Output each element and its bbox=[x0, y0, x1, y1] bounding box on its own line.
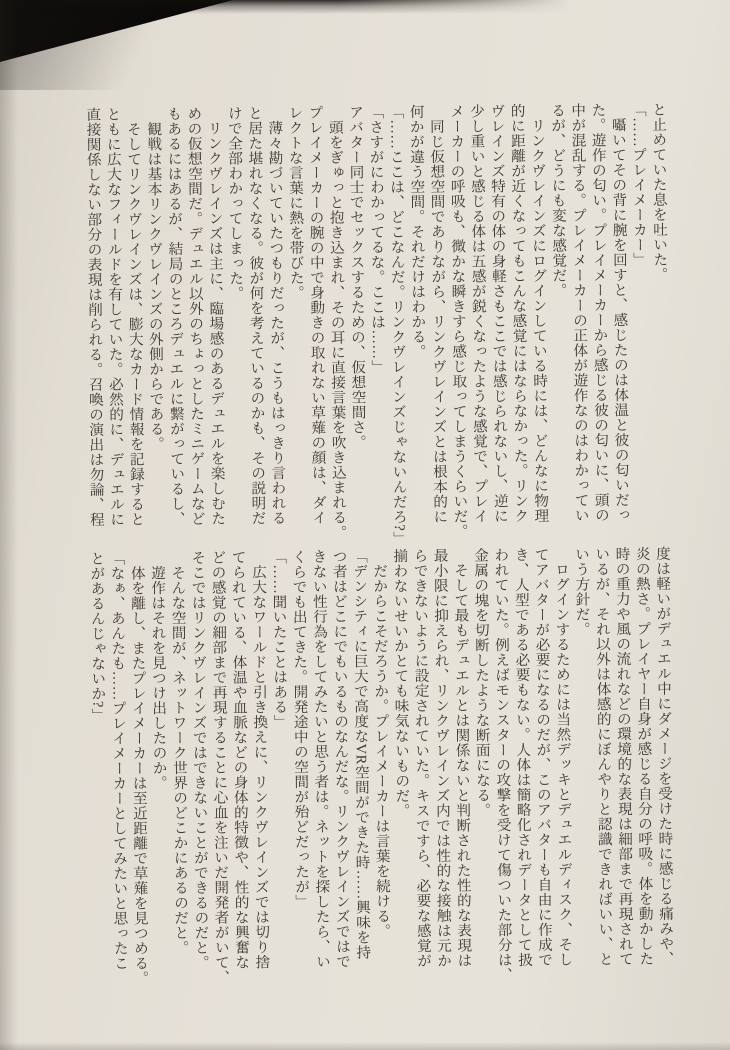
text-line: 観戦は基本リンクヴレインズの外側からである。 bbox=[143, 106, 167, 538]
text-line: プレイメーカーの腕の中で身動きの取れない草薙の顔は、ダイ bbox=[304, 105, 328, 537]
text-line: めの仮想空間だ。デュエル以外のちょっとしたミニゲームなど bbox=[183, 106, 207, 538]
text-line: 時の重力や風の流れなどの環境的な表現は細部まで再現されて bbox=[611, 546, 635, 978]
text-line: てられている、体温や血脈などの身体的特徴や、性的な興奮な bbox=[227, 550, 251, 982]
text-line: いるが、それ以外は体感的にぼんやりと認識できればいい、と bbox=[591, 546, 615, 978]
text-line: 金属の塊を切断したような断面になる。 bbox=[470, 548, 494, 980]
text-line: そんな空間が、ネットワーク世界のどこかにあるのだと。 bbox=[167, 550, 191, 982]
text-line: きない性行為をしてみたいと思う者は。ネットを探したら、い bbox=[308, 549, 332, 981]
text-line: 「……聞いたことはある」 bbox=[268, 549, 292, 981]
text-line: 広大なワールドと引き換えに、リンクヴレインズでは切り捨 bbox=[248, 549, 272, 981]
text-line: いう方針だ。 bbox=[571, 547, 595, 979]
text-block-bottom: 度は軽いがデュエル中にダメージを受けた時に感じる痛みや、炎の熱さ。プレイヤー自身… bbox=[86, 546, 676, 983]
text-line: 「なぁ、あんたも……プレイメーカーとしてみたいと思ったこ bbox=[106, 551, 130, 983]
text-line: リンクヴレインズは主に、臨場感のあるデュエルを楽しむた bbox=[203, 106, 227, 538]
text-line: 最小限に抑えられ、リンクヴレインズ内では性的な接触は元か bbox=[429, 548, 453, 980]
text-line: 囁いてその背に腕を回すと、感じたのは体温と彼の匂いだっ bbox=[607, 102, 631, 534]
text-line: た。遊作の匂い。プレイメーカーから感じる彼の匂いに、頭の bbox=[587, 102, 611, 534]
text-line: 「……プレイメーカー」 bbox=[628, 102, 652, 534]
text-line: るが、どうにも変な感覚だ。 bbox=[547, 103, 571, 535]
text-line: けで全部わかってしまった。 bbox=[223, 106, 247, 538]
text-line: ともに広大なフィールドを有していた。必然的に、デュエルに bbox=[102, 107, 126, 539]
text-line: 遊作はそれを見つけ出したのか。 bbox=[147, 550, 171, 982]
text-line: 体を離し、またプレイメーカーは至近距離で草薙を見つめる。 bbox=[126, 550, 150, 982]
text-line: 中が混乱する。プレイメーカーの正体が遊作なのはわかってい bbox=[567, 103, 591, 535]
text-line: 「デンシティに巨大で高度なVR空間ができた時……興味を持 bbox=[349, 549, 373, 981]
text-line: 直接関係しない部分の表現は削られる。召喚の演出は勿論、程 bbox=[82, 107, 106, 539]
text-line: リンクヴレインズにログインしている時には、どんなに物理 bbox=[527, 103, 551, 535]
text-line: と止めていた息を吐いた。 bbox=[648, 102, 672, 534]
text-line: だからこそだろうか。プレイメーカーは言葉を続ける。 bbox=[369, 548, 393, 980]
text-line: くらでも出てきた。開発途中の空間が殆どだったが」 bbox=[288, 549, 312, 981]
text-line: アバター同士でセックスするための、仮想空間さ。 bbox=[345, 105, 369, 537]
text-line: メーカーの呼吸も、微かな瞬きすら感じ取ってしまうくらいだ。 bbox=[446, 104, 470, 536]
text-line: もあるにはあるが、結局のところデュエルに繋がっているし、 bbox=[163, 106, 187, 538]
text-line: き、人型である必要もない。人体は簡略化されデータとして扱 bbox=[510, 547, 534, 979]
text-line: 同じ仮想空間でありながら、リンクヴレインズとは根本的に bbox=[426, 104, 450, 536]
text-block-top: と止めていた息を吐いた。「……プレイメーカー」囁いてその背に腕を回すと、感じたの… bbox=[82, 102, 672, 539]
text-line: ヴレインズ特有の体の身軽さもここでは感じられないし、逆に bbox=[486, 103, 510, 535]
text-line: そこではリンクヴレインズではできないことができるのだと。 bbox=[187, 550, 211, 982]
text-line: レクトな言葉に熱を帯びた。 bbox=[284, 105, 308, 537]
text-line: 「さすがにわかってるな。ここは……」 bbox=[365, 104, 389, 536]
text-line: 「……ここは、どこなんだ。リンクヴレインズじゃないんだろ?」 bbox=[385, 104, 409, 536]
text-line: てアバターが必要になるのだが、このアバターも自由に作成で bbox=[530, 547, 554, 979]
text-line: 薄々勘づいていたつもりだったが、こうもはっきり言われる bbox=[264, 105, 288, 537]
text-line: 炎の熱さ。プレイヤー自身が感じる自分の呼吸。体を動かした bbox=[631, 546, 655, 978]
page-content: と止めていた息を吐いた。「……プレイメーカー」囁いてその背に腕を回すと、感じたの… bbox=[0, 0, 730, 1050]
text-line: ログインするためには当然デッキとデュエルディスク、そし bbox=[551, 547, 575, 979]
text-line: らできないように設定されていた。キスですら、必要な感覚が bbox=[409, 548, 433, 980]
text-line: 頭をぎゅっと抱き込まれ、その耳に直接言葉を吹き込まれる。 bbox=[324, 105, 348, 537]
text-line: とがあるんじゃないか?」 bbox=[86, 551, 110, 983]
scanned-book-page: { "scan": { "paper_color": "#e4dfd5", "i… bbox=[0, 0, 730, 1050]
text-line: どの感覚の細部まで再現することに心血を注いだ開発者がいて、 bbox=[207, 550, 231, 982]
text-line: そしてリンクヴレインズは、膨大なカード情報を記録すると bbox=[122, 107, 146, 539]
text-line: 何かが違う空間。それだけはわかる。 bbox=[405, 104, 429, 536]
text-line: 的に距離が近くなってもこんな感覚にはならなかった。リンク bbox=[506, 103, 530, 535]
text-line: そして最もデュエルとは関係ないと判断された性的な表現は bbox=[450, 548, 474, 980]
text-line: われていた。例えばモンスターの攻撃を受けて傷ついた部分は、 bbox=[490, 547, 514, 979]
text-line: つ者はどこにでもいるものなんだな。リンクヴレインズではで bbox=[328, 549, 352, 981]
text-line: 度は軽いがデュエル中にダメージを受けた時に感じる痛みや、 bbox=[652, 546, 676, 978]
text-line: と居た堪れなくなる。彼が何を考えているのかも、その説明だ bbox=[244, 105, 268, 537]
text-line: 揃わないせいかとても味気ないものだ。 bbox=[389, 548, 413, 980]
text-line: 少し重いと感じる体は五感が鋭くなったような感覚で、プレイ bbox=[466, 104, 490, 536]
